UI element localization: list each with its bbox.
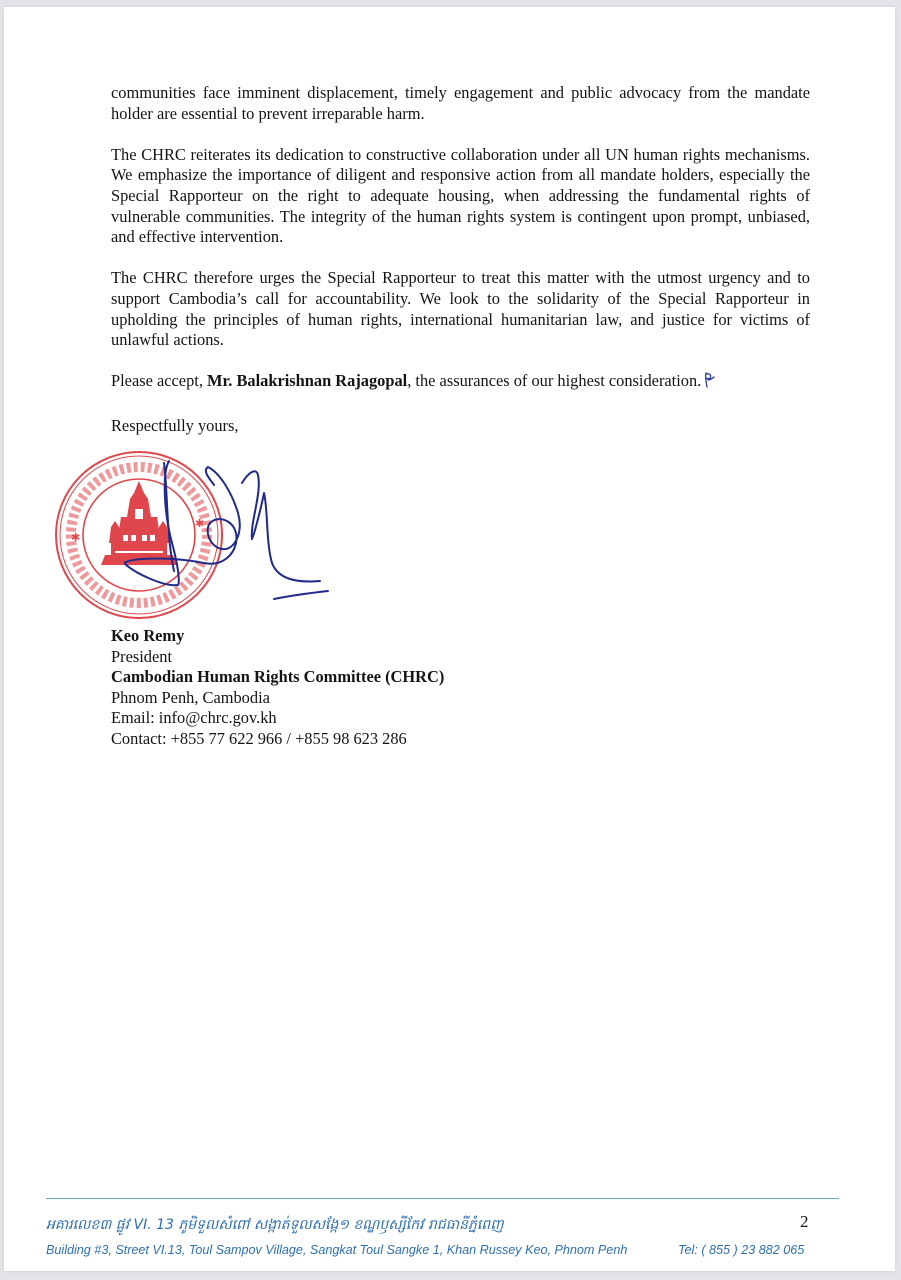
footer-telephone: Tel: ( 855 ) 23 882 065 bbox=[678, 1243, 804, 1257]
signature-block: Keo Remy President Cambodian Human Right… bbox=[111, 626, 444, 750]
salutation: Respectfully yours, bbox=[111, 416, 810, 437]
addressee-name: Mr. Balakrishnan Rajagopal bbox=[207, 371, 407, 390]
paragraph-collaboration: The CHRC reiterates its dedication to co… bbox=[111, 145, 810, 248]
signatory-title: President bbox=[111, 647, 444, 668]
contact-phone: Contact: +855 77 622 966 / +855 98 623 2… bbox=[111, 729, 444, 750]
footer-divider bbox=[46, 1198, 839, 1199]
handwritten-initial-icon bbox=[703, 371, 715, 395]
document-page: communities face imminent displacement, … bbox=[4, 7, 895, 1271]
closing-line: Please accept, Mr. Balakrishnan Rajagopa… bbox=[111, 371, 810, 395]
svg-text:✱: ✱ bbox=[71, 531, 80, 544]
signatory-name: Keo Remy bbox=[111, 626, 184, 645]
paragraph-displacement: communities face imminent displacement, … bbox=[111, 83, 810, 124]
footer-khmer-address: អគារលេខ៣ ផ្លូវ VI. 13 ភូមិទួលសំពៅ សង្កាត… bbox=[46, 1215, 504, 1236]
handwritten-signature-icon bbox=[124, 453, 344, 613]
page-number: 2 bbox=[800, 1212, 809, 1232]
letter-body: communities face imminent displacement, … bbox=[111, 83, 810, 457]
organization-name: Cambodian Human Rights Committee (CHRC) bbox=[111, 667, 444, 686]
paragraph-urgency: The CHRC therefore urges the Special Rap… bbox=[111, 268, 810, 350]
footer-english-address: Building #3, Street VI.13, Toul Sampov V… bbox=[46, 1243, 627, 1257]
contact-email: Email: info@chrc.gov.kh bbox=[111, 708, 444, 729]
organization-location: Phnom Penh, Cambodia bbox=[111, 688, 444, 709]
